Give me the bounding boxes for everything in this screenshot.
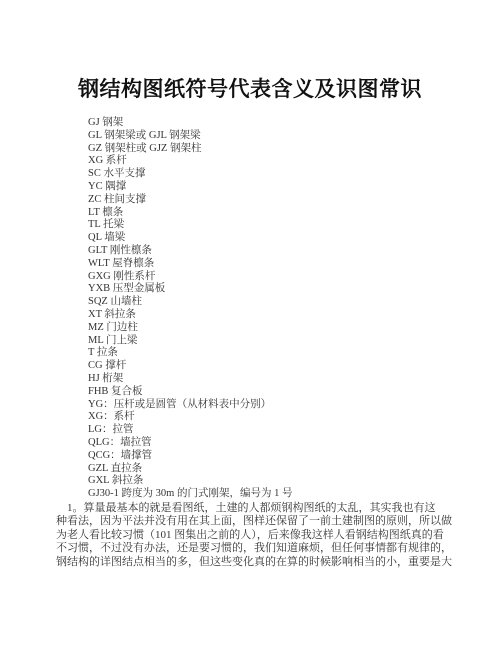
symbol-list-item: YXB 压型金属板	[88, 283, 500, 296]
document-page: 钢结构图纸符号代表含义及识图常识 GJ 钢架GL 钢架梁或 GJL 钢架梁GZ …	[0, 0, 500, 647]
symbol-list-item: WLT 屋脊檩条	[88, 258, 500, 271]
symbol-list-item: GXL 斜拉条	[88, 475, 500, 488]
symbol-list-item: QCG：墙撑管	[88, 450, 500, 463]
symbol-list-item: LT 檩条	[88, 207, 500, 220]
symbol-list-item: ZC 柱间支撑	[88, 194, 500, 207]
symbol-list-item: YG：压杆或是圆管（从材料表中分别）	[88, 399, 500, 412]
symbol-list-item: FHB 复合板	[88, 386, 500, 399]
symbol-list-item: QL 墙梁	[88, 232, 500, 245]
symbol-list-item: T 拉条	[88, 347, 500, 360]
paragraph-line: 不习惯，不过没有办法，还是要习惯的，我们知道麻烦，但任何事情都有规律的，	[56, 542, 456, 556]
symbol-list-item: XG 系杆	[88, 155, 500, 168]
symbol-list-item: GLT 刚性檩条	[88, 245, 500, 258]
symbol-list-item: HJ 桁架	[88, 373, 500, 386]
paragraph-line: 为老人看比较习惯（101 图集出之前的人），后来像我这样人看钢结构图纸真的看	[56, 529, 456, 543]
symbol-list-item: CG 撑杆	[88, 360, 500, 373]
symbol-list-item: XG：系杆	[88, 411, 500, 424]
paragraph-line: 种看法，因为平法并没有用在其上面，图样还保留了一前土建制图的原则，所以做	[56, 515, 456, 529]
symbol-list-item: YC 隅撑	[88, 181, 500, 194]
symbol-list-item: GZL 直拉条	[88, 463, 500, 476]
symbol-list-item: SC 水平支撑	[88, 168, 500, 181]
symbol-list-item: GZ 钢架柱或 GJZ 钢架柱	[88, 143, 500, 156]
symbol-list-item: QLG：墙拉管	[88, 437, 500, 450]
symbol-list-item: GJ30-1 跨度为 30m 的门式刚架，编号为 1 号	[88, 488, 500, 501]
page-title: 钢结构图纸符号代表含义及识图常识	[0, 0, 500, 102]
symbol-list-item: GJ 钢架	[88, 117, 500, 130]
paragraph-line: 1。算量最基本的就是看图纸，土建的人都烦钢构图纸的太乱，其实我也有这	[56, 502, 456, 516]
body-paragraph: 1。算量最基本的就是看图纸，土建的人都烦钢构图纸的太乱，其实我也有这种看法，因为…	[56, 502, 456, 570]
symbol-list-item: GXG 刚性系杆	[88, 271, 500, 284]
symbol-list-item: GL 钢架梁或 GJL 钢架梁	[88, 130, 500, 143]
symbol-list-item: SQZ 山墙柱	[88, 296, 500, 309]
symbol-list-item: ML 门上梁	[88, 335, 500, 348]
paragraph-line: 钢结构的详图结点相当的多，但这些变化真的在算的时候影响相当的小，重要是大	[56, 556, 456, 570]
symbol-list-item: MZ 门边柱	[88, 322, 500, 335]
symbol-list-item: LG：拉管	[88, 424, 500, 437]
symbol-list: GJ 钢架GL 钢架梁或 GJL 钢架梁GZ 钢架柱或 GJZ 钢架柱XG 系杆…	[88, 117, 500, 501]
symbol-list-item: TL 托梁	[88, 219, 500, 232]
symbol-list-item: XT 斜拉条	[88, 309, 500, 322]
